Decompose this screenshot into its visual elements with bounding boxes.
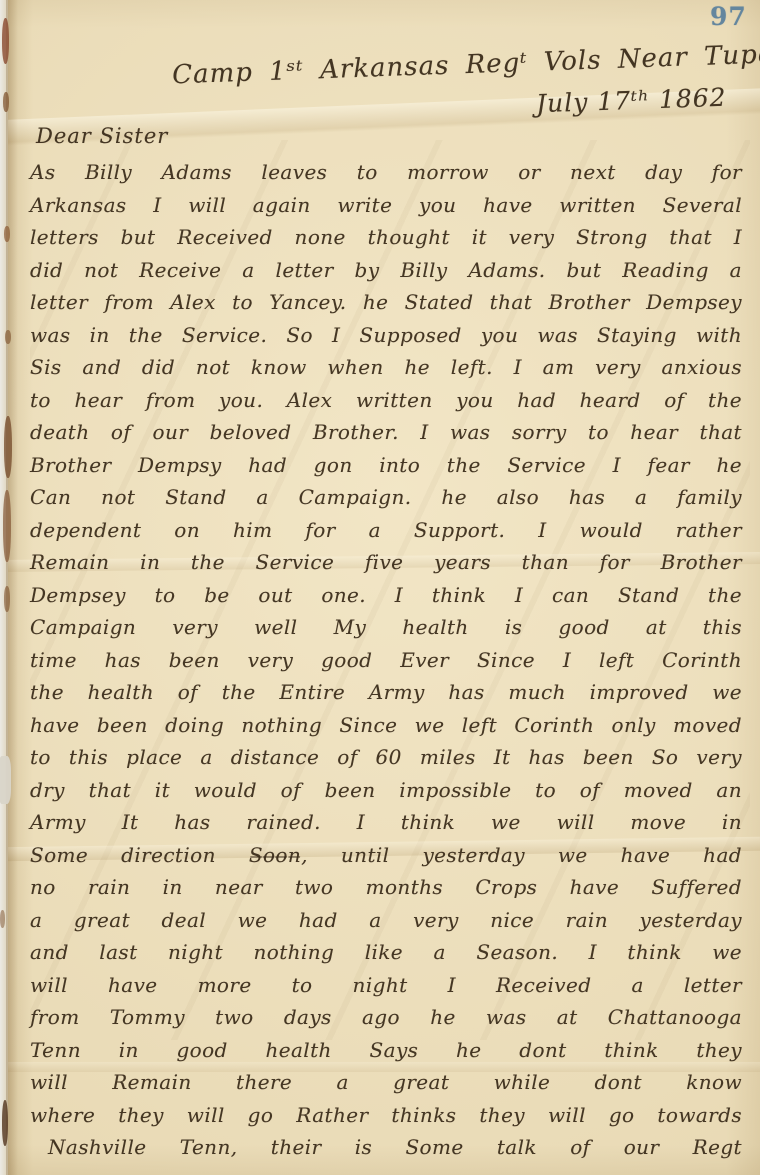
- letter-line: Brother Dempsy had gon into the Service …: [30, 449, 742, 482]
- page-number-stamp: 97: [710, 2, 747, 31]
- torn-edge-fragment: [4, 226, 10, 242]
- torn-edge-fragment: [3, 92, 9, 112]
- torn-edge-fragment: [4, 586, 10, 612]
- scanned-letter-page: 97 Camp 1ˢᵗ Arkansas Regᵗ Vols Near Tupe…: [0, 0, 760, 1175]
- letter-line: time has been very good Ever Since I lef…: [30, 644, 742, 677]
- torn-edge-fragment: [5, 330, 11, 344]
- letter-line: Nashville Tenn, their is Some talk of ou…: [30, 1131, 742, 1164]
- torn-edge-fragment: [0, 910, 5, 928]
- letter-line: Dempsey to be out one. I think I can Sta…: [30, 579, 742, 612]
- letter-line: will have more to night I Received a let…: [30, 969, 742, 1002]
- torn-edge-fragment: [4, 416, 12, 478]
- torn-edge-fragment: [2, 18, 9, 64]
- letter-line: a great deal we had a very nice rain yes…: [30, 904, 742, 937]
- letter-line: to hear from you. Alex written you had h…: [30, 384, 742, 417]
- letter-line: Some direction S̶o̶o̶n̶, until yesterday…: [30, 839, 742, 872]
- letter-salutation: Dear Sister: [36, 124, 168, 148]
- letter-line: from Tommy two days ago he was at Chatta…: [30, 1001, 742, 1034]
- letter-line: dry that it would of been impossible to …: [30, 774, 742, 807]
- torn-edge-paper-tab: [0, 756, 11, 804]
- letter-line: letters but Received none thought it ver…: [30, 221, 742, 254]
- letter-line: where they will go Rather thinks they wi…: [30, 1099, 742, 1132]
- letter-line: Tenn in good health Says he dont think t…: [30, 1034, 742, 1067]
- letter-line: did not Receive a letter by Billy Adams.…: [30, 254, 742, 287]
- letter-line: Remain in the Service five years than fo…: [30, 546, 742, 579]
- letter-line: was in the Service. So I Supposed you wa…: [30, 319, 742, 352]
- letter-line: and last night nothing like a Season. I …: [30, 936, 742, 969]
- letter-line: Campaign very well My health is good at …: [30, 611, 742, 644]
- torn-edge-fragment: [2, 1100, 8, 1146]
- letter-line: death of our beloved Brother. I was sorr…: [30, 416, 742, 449]
- letter-line: will Remain there a great while dont kno…: [30, 1066, 742, 1099]
- letter-line: have been doing nothing Since we left Co…: [30, 709, 742, 742]
- letter-line: the health of the Entire Army has much i…: [30, 676, 742, 709]
- letter-line: Arkansas I will again write you have wri…: [30, 189, 742, 222]
- letter-line: Can not Stand a Campaign. he also has a …: [30, 481, 742, 514]
- letter-line: Army It has rained. I think we will move…: [30, 806, 742, 839]
- letter-line: As Billy Adams leaves to morrow or next …: [30, 156, 742, 189]
- letter-line: Sis and did not know when he left. I am …: [30, 351, 742, 384]
- letter-line: no rain in near two months Crops have Su…: [30, 871, 742, 904]
- letter-line: dependent on him for a Support. I would …: [30, 514, 742, 547]
- letter-line: letter from Alex to Yancey. he Stated th…: [30, 286, 742, 319]
- letter-line: to this place a distance of 60 miles It …: [30, 741, 742, 774]
- letter-body: As Billy Adams leaves to morrow or next …: [30, 156, 742, 1164]
- torn-edge-fragment: [3, 490, 11, 562]
